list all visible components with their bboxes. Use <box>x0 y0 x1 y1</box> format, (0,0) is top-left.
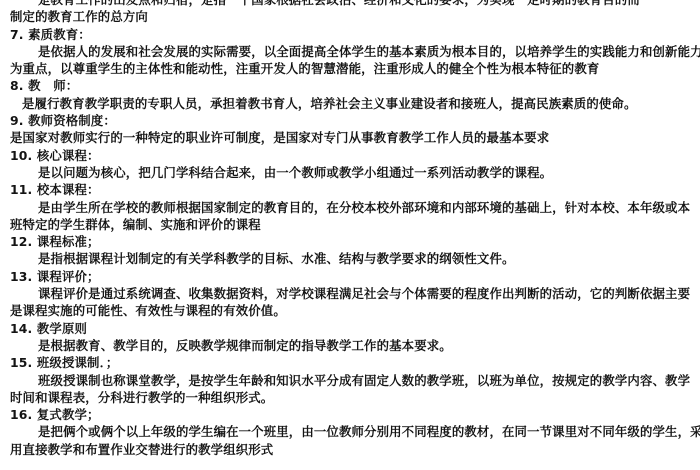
section-number: 16. <box>10 407 32 422</box>
section-title: 素质教育： <box>28 27 91 42</box>
section-number: 10. <box>10 148 32 163</box>
section-number: 11. <box>10 182 32 197</box>
section-body-line: 用直接教学和布置作业交替进行的教学组织形式 <box>0 441 700 458</box>
section-heading-8: 8. 教 师： <box>0 77 700 94</box>
section-number: 14. <box>10 321 32 336</box>
section-body-line: 是依据人的发展和社会发展的实际需要，以全面提高全体学生的基本素质为根本目的，以培… <box>0 43 700 60</box>
section-title: 教 师： <box>28 78 78 93</box>
section-heading-13: 13. 课程评价； <box>0 268 700 285</box>
section-heading-14: 14. 教学原则 <box>0 320 700 337</box>
document-page: 是教育工作的出发点和归宿，是指一个国家根据社会政治、经济和文化的要求，为实现一定… <box>0 0 700 458</box>
section-body-line: 是指根据课程计划制定的有关学科教学的目标、水准、结构与教学要求的纲领性文件。 <box>0 250 700 267</box>
section-heading-12: 12. 课程标准； <box>0 233 700 250</box>
section-body-line: 班级授课制也称课堂教学，是按学生年龄和知识水平分成有固定人数的教学班，以班为单位… <box>0 372 700 389</box>
section-title: 课程标准； <box>37 234 100 249</box>
section-heading-7: 7. 素质教育： <box>0 26 700 43</box>
section-body-line: 班特定的学生群体，编制、实施和评价的课程 <box>0 216 700 233</box>
section-number: 8. <box>10 78 24 93</box>
section-body-line: 是根据教育、教学目的，反映教学规律而制定的指导教学工作的基本要求。 <box>0 337 700 354</box>
section-heading-15: 15. 班级授课制．； <box>0 354 700 371</box>
section-body-line: 是课程实施的可能性、有效性与课程的有效价值。 <box>0 302 700 319</box>
section-title: 课程评价； <box>37 269 100 284</box>
partial-top-line-continued: 制定的教育工作的总方向 <box>0 8 700 25</box>
section-title: 校本课程： <box>37 182 100 197</box>
section-body-line: 是把俩个或俩个以上年级的学生编在一个班里，由一位教师分别用不同程度的教材，在同一… <box>0 423 700 440</box>
section-body-line: 是以问题为核心，把几门学科结合起来，由一个教师或教学小组通过一系列活动教学的课程… <box>0 164 700 181</box>
section-title: 教学原则 <box>37 321 87 336</box>
section-body-line: 课程评价是通过系统调查、收集数据资料，对学校课程满足社会与个体需要的程度作出判断… <box>0 285 700 302</box>
section-heading-16: 16. 复式教学； <box>0 406 700 423</box>
section-heading-11: 11. 校本课程： <box>0 181 700 198</box>
section-heading-10: 10. 核心课程： <box>0 147 700 164</box>
section-body-line: 为重点，以尊重学生的主体性和能动性，注重开发人的智慧潜能，注重形成人的健全个性为… <box>0 60 700 77</box>
section-number: 12. <box>10 234 32 249</box>
section-heading-9: 9. 教师资格制度： <box>0 112 700 129</box>
section-body-line: 是由学生所在学校的教师根据国家制定的教育目的，在分校本校外部环境和内部环境的基础… <box>0 199 700 216</box>
partial-top-line: 是教育工作的出发点和归宿，是指一个国家根据社会政治、经济和文化的要求，为实现一定… <box>0 0 700 8</box>
section-body-line: 是国家对教师实行的一种特定的职业许可制度，是国家对专门从事教育教学工作人员的最基… <box>0 129 700 146</box>
section-body-line: 时间和课程表，分科进行教学的一种组织形式。 <box>0 389 700 406</box>
section-number: 15. <box>10 355 32 370</box>
section-title: 复式教学； <box>37 407 100 422</box>
section-title: 班级授课制．； <box>37 355 119 370</box>
section-number: 9. <box>10 113 24 128</box>
section-title: 核心课程： <box>37 148 100 163</box>
section-body-line: 是履行教育教学职责的专职人员，承担着教书育人，培养社会主义事业建设者和接班人，提… <box>0 95 700 112</box>
section-title: 教师资格制度： <box>28 113 116 128</box>
section-number: 13. <box>10 269 32 284</box>
section-number: 7. <box>10 27 24 42</box>
